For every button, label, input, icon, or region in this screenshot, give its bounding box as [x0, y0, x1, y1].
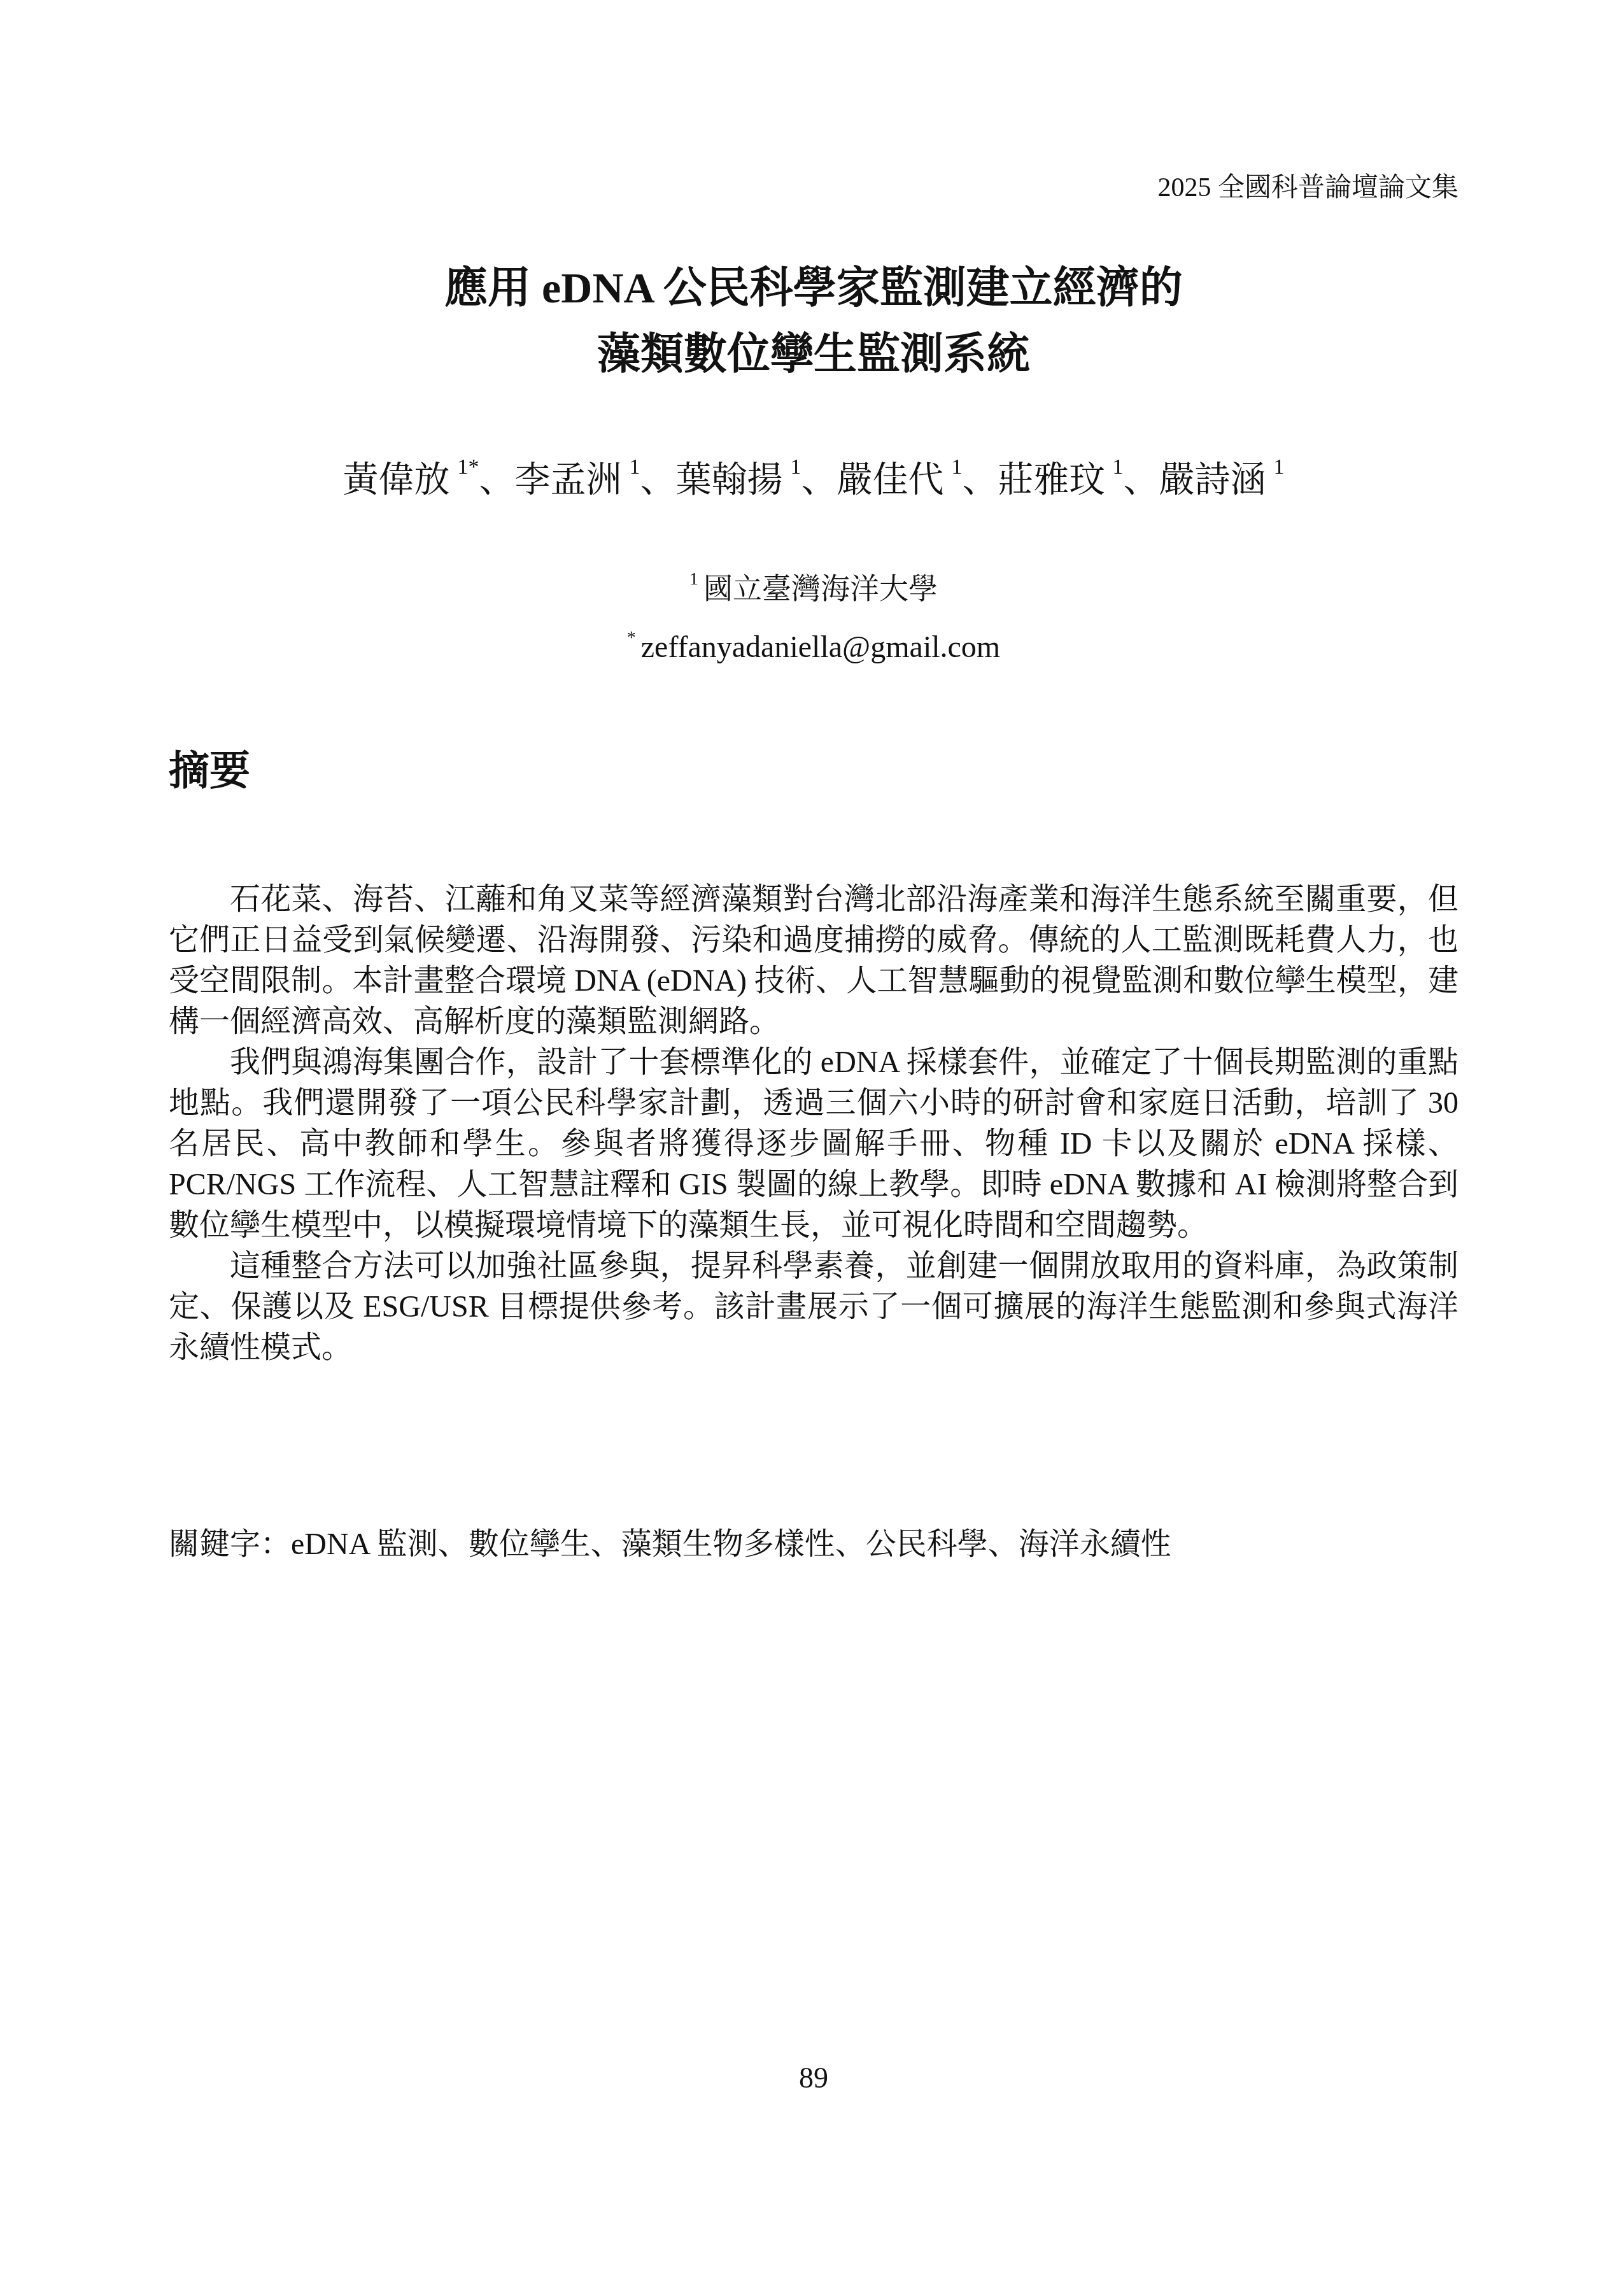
author-superscript: 1: [1113, 455, 1124, 479]
abstract-paragraph-3: 這種整合方法可以加強社區參與，提昇科學素養，並創建一個開放取用的資料庫，為政策制…: [169, 1246, 1458, 1368]
author-superscript: 1: [952, 455, 963, 479]
author-name: 葉翰揚: [676, 460, 783, 500]
author-separator: 、: [479, 460, 515, 500]
author-name: 嚴詩涵: [1159, 460, 1266, 500]
author: 黃偉放1*: [343, 460, 479, 500]
author-superscript: 1*: [458, 455, 479, 479]
email-superscript: *: [627, 628, 636, 647]
paper-title-line-2: 藻類數位孿生監測系統: [169, 321, 1458, 387]
affiliation-superscript: 1: [689, 569, 698, 589]
abstract-heading: 摘要: [169, 746, 1458, 796]
proceedings-header: 2025 全國科普論壇論文集: [169, 0, 1458, 204]
author-superscript: 1: [630, 455, 640, 479]
author-separator: 、: [963, 460, 998, 500]
affiliation-name: 國立臺灣海洋大學: [703, 572, 938, 605]
author-separator: 、: [1124, 460, 1159, 500]
author-name: 李孟洲: [515, 460, 622, 500]
author-superscript: 1: [1274, 455, 1285, 479]
author-name: 黃偉放: [343, 460, 450, 500]
author-separator: 、: [801, 460, 837, 500]
author-name: 嚴佳代: [837, 460, 944, 500]
paper-title-line-1: 應用 eDNA 公民科學家監測建立經濟的: [169, 255, 1458, 321]
author: 嚴詩涵1: [1159, 460, 1285, 500]
author-list: 黃偉放1*、李孟洲1、葉翰揚1、嚴佳代1、莊雅玟1、嚴詩涵1: [169, 457, 1458, 503]
abstract-paragraph-1: 石花菜、海苔、江蘺和角叉菜等經濟藻類對台灣北部沿海產業和海洋生態系統至關重要，但…: [169, 879, 1458, 1042]
email-address: zeffanyadaniella@gmail.com: [641, 630, 1000, 664]
abstract-paragraph-2: 我們與鴻海集團合作，設計了十套標準化的 eDNA 採樣套件，並確定了十個長期監測…: [169, 1042, 1458, 1246]
page-number: 89: [169, 2062, 1458, 2095]
author: 葉翰揚1: [676, 460, 801, 500]
author-separator: 、: [640, 460, 676, 500]
affiliation: 1國立臺灣海洋大學: [169, 570, 1458, 607]
author: 莊雅玟1: [998, 460, 1124, 500]
corresponding-email: *zeffanyadaniella@gmail.com: [169, 629, 1458, 666]
author-superscript: 1: [791, 455, 801, 479]
author: 嚴佳代1: [837, 460, 963, 500]
paper-page: 2025 全國科普論壇論文集 應用 eDNA 公民科學家監測建立經濟的 藻類數位…: [0, 0, 1624, 2278]
author-name: 莊雅玟: [998, 460, 1105, 500]
paper-title: 應用 eDNA 公民科學家監測建立經濟的 藻類數位孿生監測系統: [169, 255, 1458, 387]
abstract-body: 石花菜、海苔、江蘺和角叉菜等經濟藻類對台灣北部沿海產業和海洋生態系統至關重要，但…: [169, 879, 1458, 1368]
author: 李孟洲1: [515, 460, 640, 500]
keywords-line: 關鍵字：eDNA 監測、數位孿生、藻類生物多樣性、公民科學、海洋永續性: [169, 1524, 1458, 1565]
